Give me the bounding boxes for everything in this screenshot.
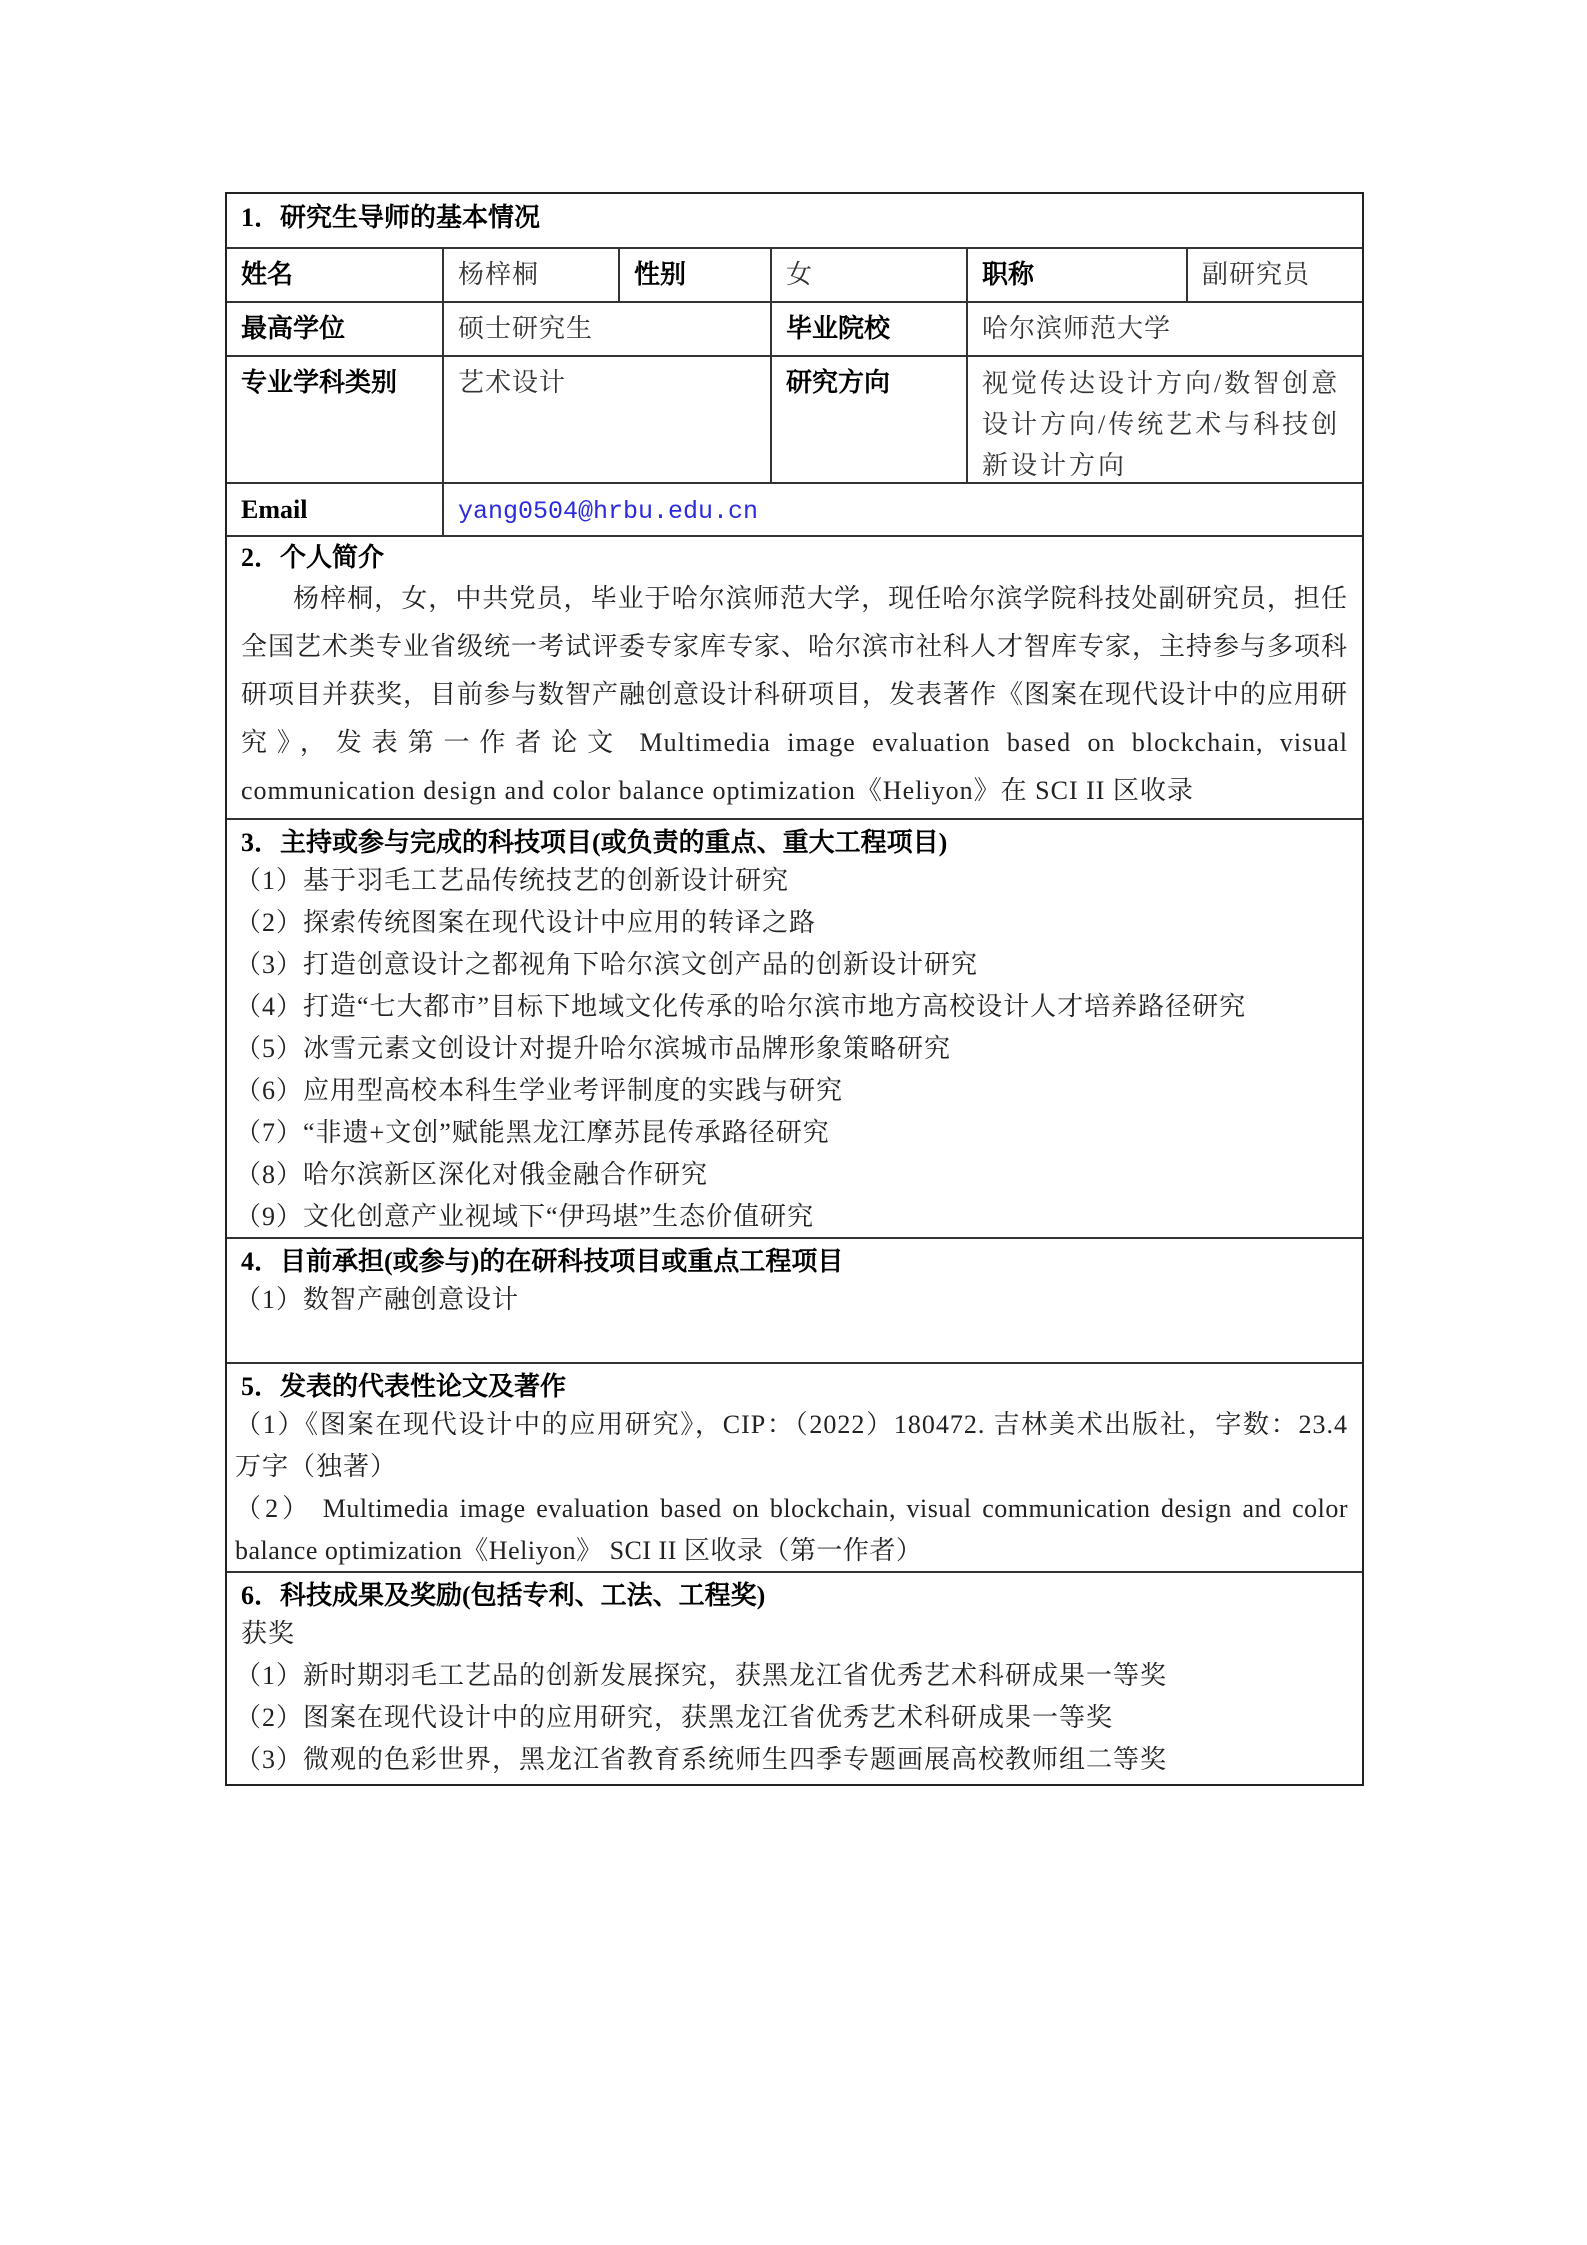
section6-awards: 6．科技成果及奖励(包括专利、工法、工程奖) 获奖 （1）新时期羽毛工艺品的创新… [227, 1573, 1362, 1784]
section5-title: 5．发表的代表性论文及著作 [227, 1364, 1362, 1404]
publication-item: （2） Multimedia image evaluation based on… [235, 1488, 1348, 1572]
list-item: （1）新时期羽毛工艺品的创新发展探究，获黑龙江省优秀艺术科研成果一等奖 [235, 1655, 1348, 1697]
completed-projects-list: （1）基于羽毛工艺品传统技艺的创新设计研究 （2）探索传统图案在现代设计中应用的… [227, 860, 1362, 1238]
list-item: （1）数智产融创意设计 [235, 1279, 1348, 1321]
ongoing-projects-list: （1）数智产融创意设计 [227, 1279, 1362, 1321]
list-item: （3）打造创意设计之都视角下哈尔滨文创产品的创新设计研究 [235, 944, 1348, 986]
personal-intro-text: 杨梓桐，女，中共党员，毕业于哈尔滨师范大学，现任哈尔滨学院科技处副研究员，担任全… [227, 575, 1362, 815]
gender-value: 女 [772, 249, 968, 301]
gender-label: 性别 [620, 249, 772, 301]
basic-info-row-2: 最高学位 硕士研究生 毕业院校 哈尔滨师范大学 [227, 303, 1362, 357]
research-direction-label: 研究方向 [772, 357, 968, 482]
list-item: （9）文化创意产业视域下“伊玛堪”生态价值研究 [235, 1196, 1348, 1238]
school-value: 哈尔滨师范大学 [968, 303, 1362, 355]
email-cell: yang0504@hrbu.edu.cn [444, 484, 1362, 535]
list-item: （4）打造“七大都市”目标下地域文化传承的哈尔滨市地方高校设计人才培养路径研究 [235, 986, 1348, 1028]
awards-subtitle: 获奖 [235, 1613, 1348, 1655]
section1-title: 1．研究生导师的基本情况 [227, 194, 1362, 238]
list-item: （2）探索传统图案在现代设计中应用的转译之路 [235, 902, 1348, 944]
degree-value: 硕士研究生 [444, 303, 772, 355]
list-item: （1）基于羽毛工艺品传统技艺的创新设计研究 [235, 860, 1348, 902]
publication-item: （1）《图案在现代设计中的应用研究》，CIP：（2022）180472. 吉林美… [235, 1404, 1348, 1488]
discipline-label: 专业学科类别 [227, 357, 444, 482]
job-title-label: 职称 [968, 249, 1188, 301]
list-item: （7）“非遗+文创”赋能黑龙江摩苏昆传承路径研究 [235, 1112, 1348, 1154]
degree-label: 最高学位 [227, 303, 444, 355]
awards-list: 获奖 （1）新时期羽毛工艺品的创新发展探究，获黑龙江省优秀艺术科研成果一等奖 （… [227, 1613, 1362, 1781]
list-item: （6）应用型高校本科生学业考评制度的实践与研究 [235, 1070, 1348, 1112]
section6-title: 6．科技成果及奖励(包括专利、工法、工程奖) [227, 1573, 1362, 1613]
supervisor-info-table: 1．研究生导师的基本情况 姓名 杨梓桐 性别 女 职称 副研究员 最高学位 硕士… [225, 192, 1364, 1786]
list-item: （2）图案在现代设计中的应用研究，获黑龙江省优秀艺术科研成果一等奖 [235, 1697, 1348, 1739]
publications-list: （1）《图案在现代设计中的应用研究》，CIP：（2022）180472. 吉林美… [227, 1404, 1362, 1572]
name-value: 杨梓桐 [444, 249, 620, 301]
list-item: （8）哈尔滨新区深化对俄金融合作研究 [235, 1154, 1348, 1196]
section3-title: 3．主持或参与完成的科技项目(或负责的重点、重大工程项目) [227, 820, 1362, 860]
school-label: 毕业院校 [772, 303, 968, 355]
name-label: 姓名 [227, 249, 444, 301]
section2-title: 2．个人简介 [227, 537, 1362, 575]
basic-info-row-1: 姓名 杨梓桐 性别 女 职称 副研究员 [227, 249, 1362, 303]
email-label: Email [227, 484, 444, 535]
email-row: Email yang0504@hrbu.edu.cn [227, 484, 1362, 537]
section4-title: 4．目前承担(或参与)的在研科技项目或重点工程项目 [227, 1239, 1362, 1279]
email-link[interactable]: yang0504@hrbu.edu.cn [458, 497, 758, 526]
section5-publications: 5．发表的代表性论文及著作 （1）《图案在现代设计中的应用研究》，CIP：（20… [227, 1364, 1362, 1573]
section3-completed-projects: 3．主持或参与完成的科技项目(或负责的重点、重大工程项目) （1）基于羽毛工艺品… [227, 820, 1362, 1239]
basic-info-row-3: 专业学科类别 艺术设计 研究方向 视觉传达设计方向/数智创意设计方向/传统艺术与… [227, 357, 1362, 484]
discipline-value: 艺术设计 [444, 357, 772, 482]
section4-ongoing-projects: 4．目前承担(或参与)的在研科技项目或重点工程项目 （1）数智产融创意设计 [227, 1239, 1362, 1364]
research-direction-value: 视觉传达设计方向/数智创意设计方向/传统艺术与科技创新设计方向 [968, 357, 1362, 482]
list-item: （3）微观的色彩世界，黑龙江省教育系统师生四季专题画展高校教师组二等奖 [235, 1739, 1348, 1781]
list-item: （5）冰雪元素文创设计对提升哈尔滨城市品牌形象策略研究 [235, 1028, 1348, 1070]
section2-personal-intro: 2．个人简介 杨梓桐，女，中共党员，毕业于哈尔滨师范大学，现任哈尔滨学院科技处副… [227, 537, 1362, 820]
job-title-value: 副研究员 [1188, 249, 1362, 301]
section1-header-row: 1．研究生导师的基本情况 [227, 194, 1362, 249]
